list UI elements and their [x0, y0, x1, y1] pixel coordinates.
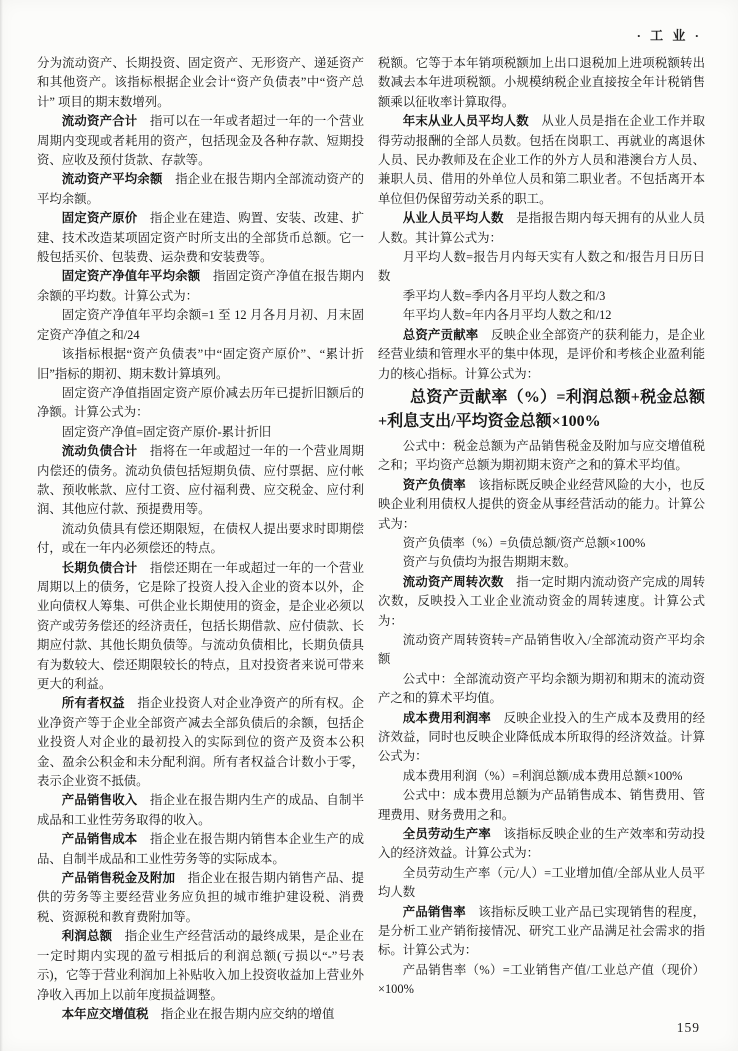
left-column: 分为流动资产、长期投资、固定资产、无形资产、递延资产和其他资产。该指标根据企业会…: [37, 54, 364, 1024]
term-definition-paragraph: 流动负债合计 指将在一年或超过一年的一个营业周期内偿还的债务。流动负债包括短期负…: [37, 442, 364, 520]
body-paragraph: 资产与负债均为报告期期末数。: [378, 553, 705, 572]
body-paragraph: 固定资产净值指固定资产原价减去历年已提折旧额后的净额。计算公式为：: [37, 384, 364, 423]
term-definition-paragraph: 固定资产原价 指企业在建造、购置、安装、改建、扩建、技术改造某项固定资产时所支出…: [37, 209, 364, 267]
term-definition-paragraph: 从业人员平均人数 是指报告期内每天拥有的从业人员人数。其计算公式为：: [378, 209, 705, 248]
term-definition-paragraph: 固定资产净值年平均余额 指固定资产净值在报告期内余额的平均数。计算公式为：: [37, 267, 364, 306]
page-number: 159: [677, 1020, 700, 1036]
term-label: 产品销售收入: [62, 793, 138, 807]
formula-line: 全员劳动生产率（元/人）=工业增加值/全部从业人员平均人数: [378, 864, 705, 903]
term-definition-paragraph: 利润总额 指企业生产经营活动的最终成果，是企业在一定时期内实现的盈亏相抵后的利润…: [37, 927, 364, 1005]
term-definition-paragraph: 产品销售成本 指企业在报告期内销售本企业生产的成品、自制半成品和工业性劳务等的实…: [37, 830, 364, 869]
running-header-section-title: · 工 业 ·: [637, 25, 702, 44]
right-column: 税额。它等于本年销项税额加上出口退税加上进项税额转出数减去本年进项税额。小规模纳…: [378, 54, 705, 1024]
term-label: 流动资产平均余额: [62, 172, 163, 186]
scan-edge-shadow: [0, 0, 3, 1051]
term-label: 产品销售税金及附加: [62, 871, 175, 885]
term-label: 长期负债合计: [62, 561, 138, 575]
term-label: 所有者权益: [62, 696, 125, 710]
term-label: 流动资产周转次数: [403, 575, 504, 589]
term-definition-paragraph: 所有者权益 指企业投资人对企业净资产的所有权。企业净资产等于企业全部资产减去全部…: [37, 694, 364, 791]
term-definition-paragraph: 成本费用利润率 反映企业投入的生产成本及费用的经济效益，同时也反映企业降低成本所…: [378, 709, 705, 767]
text-columns: 分为流动资产、长期投资、固定资产、无形资产、递延资产和其他资产。该指标根据企业会…: [37, 54, 705, 1024]
term-definition-paragraph: 年末从业人员平均人数 从业人员是指在企业工作并取得劳动报酬的全部人员数。包括在岗…: [378, 112, 705, 209]
term-definition-paragraph: 总资产贡献率 反映企业全部资产的获利能力，是企业经营业绩和管理水平的集中体现，是…: [378, 326, 705, 384]
term-label: 流动负债合计: [62, 444, 138, 458]
body-paragraph: 公式中：全部流动资产平均余额为期初和期末的流动资产之和的算术平均值。: [378, 670, 705, 709]
term-definition-paragraph: 产品销售税金及附加 指企业在报告期内销售产品、提供的劳务等主要经营业务应负担的城…: [37, 869, 364, 927]
body-paragraph: 分为流动资产、长期投资、固定资产、无形资产、递延资产和其他资产。该指标根据企业会…: [37, 54, 364, 112]
term-label: 产品销售成本: [62, 832, 138, 846]
term-label: 成本费用利润率: [403, 711, 491, 725]
term-label: 总资产贡献率: [403, 328, 479, 342]
formula-line: 资产负债率（%）=负债总额/资产总额×100%: [378, 534, 705, 553]
body-paragraph: 公式中：税金总额为产品销售税金及附加与应交增值税之和；平均资产总额为期初期末资产…: [378, 437, 705, 476]
term-label: 全员劳动生产率: [403, 827, 491, 841]
body-paragraph: 公式中：成本费用总额为产品销售成本、销售费用、管理费用、财务费用之和。: [378, 786, 705, 825]
formula-line: 年平均人数=年内各月平均人数之和/12: [378, 306, 705, 325]
term-label: 年末从业人员平均人数: [403, 114, 529, 128]
term-definition-paragraph: 产品销售率 该指标反映工业产品已实现销售的程度，是分析工业产销衔接情况、研究工业…: [378, 903, 705, 961]
formula-line: 产品销售率（%）=工业销售产值/工业总产值（现价）×100%: [378, 961, 705, 1000]
term-label: 流动资产合计: [62, 114, 138, 128]
term-definition-paragraph: 本年应交增值税 指企业在报告期内应交纳的增值: [37, 1005, 364, 1024]
formula-line: 固定资产净值=固定资产原价-累计折旧: [37, 423, 364, 442]
term-definition-paragraph: 资产负债率 该指标既反映企业经营风险的大小，也反映企业利用债权人提供的资金从事经…: [378, 476, 705, 534]
formula-line: 固定资产净值年平均余额=1 至 12 月各月月初、月末固定资产净值之和/24: [37, 306, 364, 345]
term-label: 固定资产原价: [62, 211, 138, 225]
formula-line: 季平均人数=季内各月平均人数之和/3: [378, 287, 705, 306]
term-definition-paragraph: 流动资产合计 指可以在一年或者超过一年的一个营业周期内变现或者耗用的资产，包括现…: [37, 112, 364, 170]
term-label: 固定资产净值年平均余额: [62, 269, 201, 283]
document-page: · 工 业 · 分为流动资产、长期投资、固定资产、无形资产、递延资产和其他资产。…: [0, 0, 738, 1051]
term-label: 本年应交增值税: [62, 1007, 149, 1021]
term-label: 产品销售率: [403, 905, 466, 919]
term-label: 资产负债率: [403, 478, 466, 492]
term-label: 利润总额: [62, 929, 112, 943]
term-definition-paragraph: 产品销售收入 指企业在报告期内生产的成品、自制半成品和工业性劳务取得的收入。: [37, 791, 364, 830]
body-paragraph: 流动负债具有偿还期限短，在债权人提出要求时即期偿付，或在一年内必须偿还的特点。: [37, 520, 364, 559]
term-definition-paragraph: 流动资产平均余额 指企业在报告期内全部流动资产的平均余额。: [37, 170, 364, 209]
body-paragraph: 税额。它等于本年销项税额加上出口退税加上进项税额转出数减去本年进项税额。小规模纳…: [378, 54, 705, 112]
body-paragraph: 该指标根据“资产负债表”中“固定资产原价”、“累计折旧”指标的期初、期末数计算填…: [37, 345, 364, 384]
term-definition-paragraph: 全员劳动生产率 该指标反映企业的生产效率和劳动投入的经济效益。计算公式为：: [378, 825, 705, 864]
formula-line: 总资产贡献率（%）=利润总额+税金总额+利息支出/平均资金总额×100%: [378, 386, 705, 435]
formula-line: 流动资产周转资转=产品销售收入/全部流动资产平均余额: [378, 631, 705, 670]
term-definition-paragraph: 长期负债合计 指偿还期在一年或超过一年的一个营业周期以上的债务，它是除了投资人投…: [37, 559, 364, 695]
term-label: 从业人员平均人数: [403, 211, 504, 225]
formula-line: 月平均人数=报告月内每天实有人数之和/报告月日历日数: [378, 248, 705, 287]
formula-line: 成本费用利润（%）=利润总额/成本费用总额×100%: [378, 767, 705, 786]
term-definition-paragraph: 流动资产周转次数 指一定时期内流动资产完成的周转次数，反映投入工业企业流动资金的…: [378, 573, 705, 631]
